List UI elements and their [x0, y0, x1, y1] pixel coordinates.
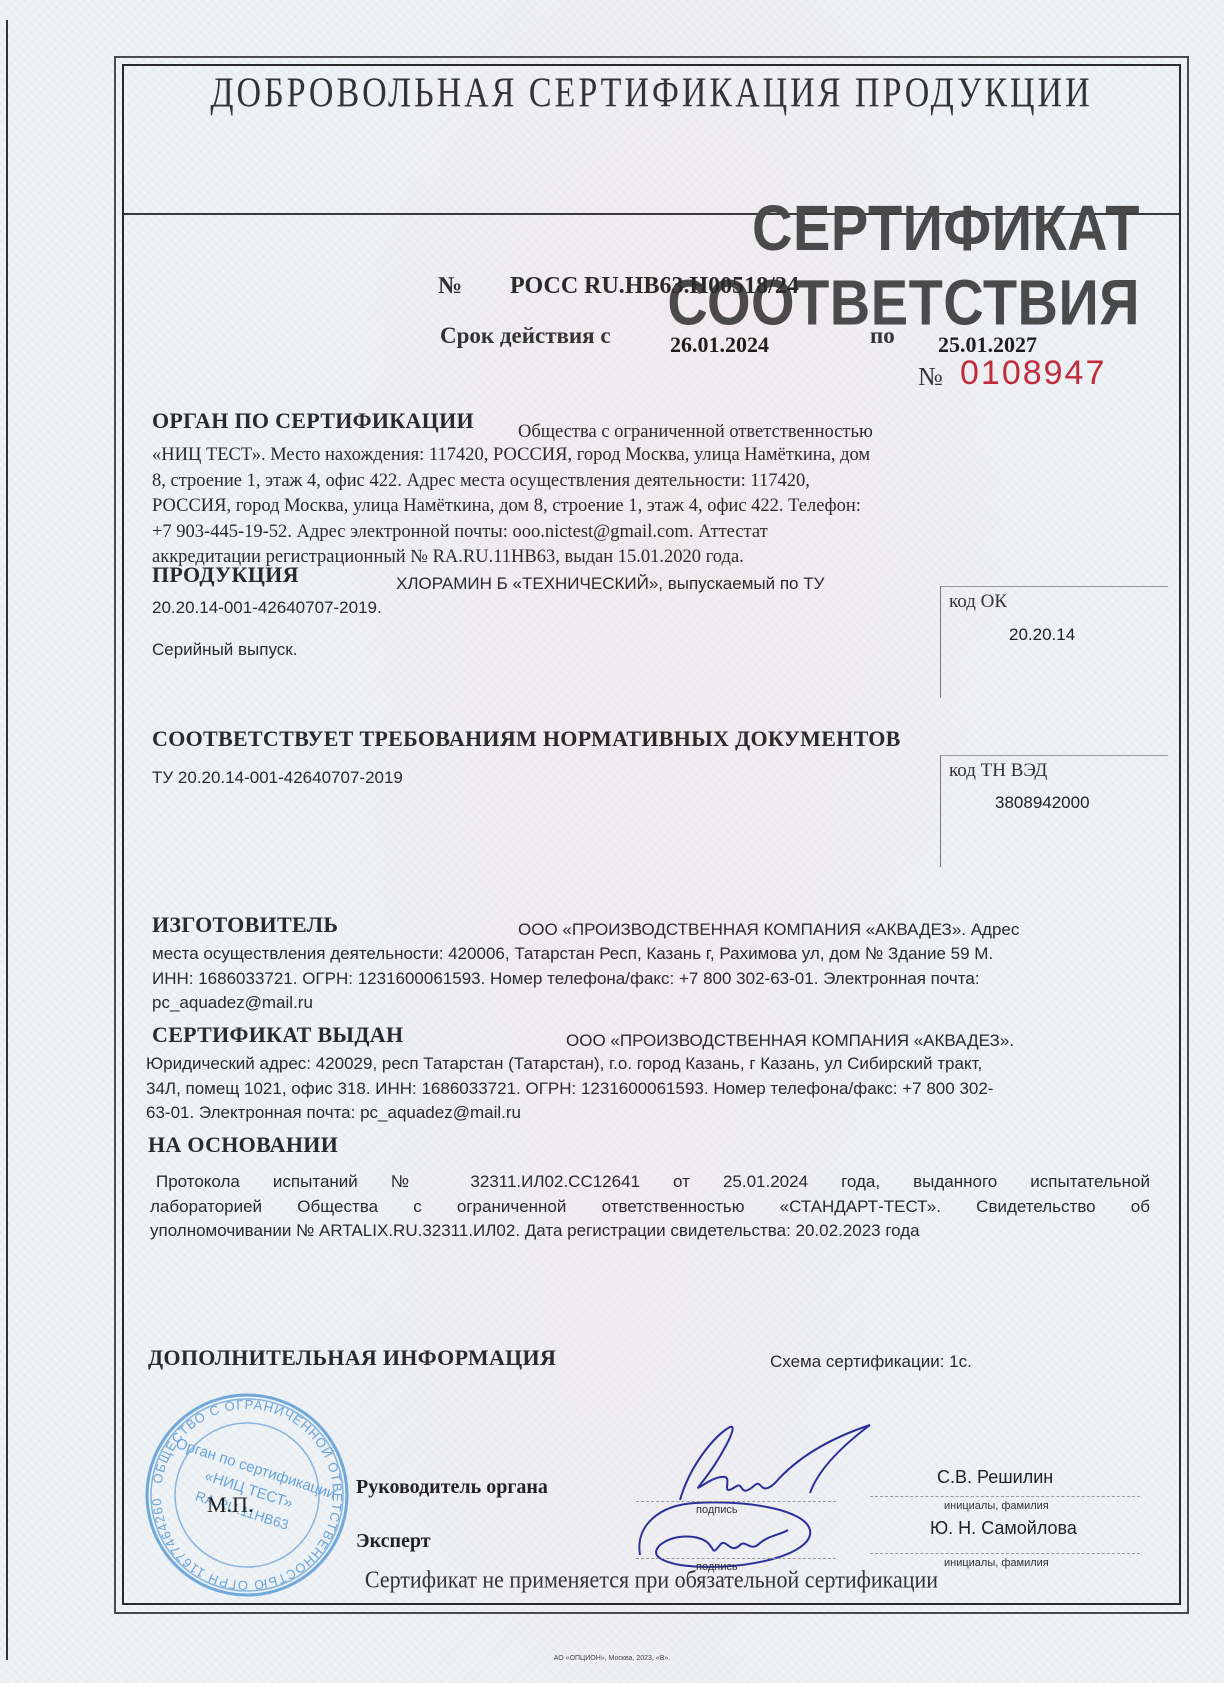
head-signature-line: [636, 1501, 836, 1503]
certificate-title: СЕРТИФИКАТ СООТВЕТСТВИЯ: [380, 190, 1140, 340]
certificate-number: РОСС RU.HB63.H00518/24: [510, 273, 799, 300]
top-heading: ДОБРОВОЛЬНАЯ СЕРТИФИКАЦИЯ ПРОДУКЦИИ: [122, 70, 1181, 118]
product-line1: ХЛОРАМИН Б «ТЕХНИЧЕСКИЙ», выпускаемый по…: [396, 572, 824, 597]
certification-body-line1: Общества с ограниченной ответственностью: [518, 420, 873, 446]
code-ok-box: код ОК 20.20.14: [940, 586, 1168, 698]
blank-number: 0108947: [960, 354, 1106, 393]
head-name-caption: инициалы, фамилия: [944, 1500, 1049, 1512]
scan-edge: [6, 20, 8, 1660]
head-name-line: [870, 1496, 1140, 1498]
text-line: уполномочивании № ARTALIX.RU.32311.ИЛ02.…: [150, 1219, 1150, 1244]
number-label: №: [438, 273, 462, 300]
issued-to-heading: СЕРТИФИКАТ ВЫДАН: [152, 1022, 403, 1048]
text-line: 8, строение 1, этаж 4, офис 422. Адрес м…: [152, 469, 952, 495]
certification-scheme: Схема сертификации: 1с.: [770, 1350, 972, 1375]
code-tnved-label: код ТН ВЭД: [949, 760, 1047, 782]
expert-name-line: [870, 1553, 1140, 1555]
footer-note: Сертификат не применяется при обязательн…: [122, 1566, 1181, 1595]
issued-to-line1: ООО «ПРОИЗВОДСТВЕННАЯ КОМПАНИЯ «АКВАДЕЗ»…: [566, 1029, 1014, 1054]
manufacturer-text: места осуществления деятельности: 420006…: [152, 942, 1162, 1016]
valid-from: 26.01.2024: [670, 332, 769, 358]
basis-text: Протокола испытаний № 32311.ИЛ02.СС12641…: [150, 1170, 1150, 1244]
signatures-handwritten: [620, 1405, 880, 1580]
additional-info-heading: ДОПОЛНИТЕЛЬНАЯ ИНФОРМАЦИЯ: [148, 1345, 556, 1371]
printer-imprint: АО «ОПЦИОН», Москва, 2023, «В».: [0, 1655, 1224, 1662]
text-line: 34Л, помещ 1021, офис 318. ИНН: 16860337…: [146, 1077, 1166, 1102]
text-line: места осуществления деятельности: 420006…: [152, 942, 1162, 967]
compliance-document: ТУ 20.20.14-001-42640707-2019: [152, 766, 403, 791]
text-line: лабораторией Общества с ограниченной отв…: [150, 1195, 1150, 1220]
valid-to-label: по: [870, 323, 895, 349]
expert-label: Эксперт: [356, 1530, 431, 1553]
text-line: +7 903-445-19-52. Адрес электронной почт…: [152, 520, 952, 546]
manufacturer-line1: ООО «ПРОИЗВОДСТВЕННАЯ КОМПАНИЯ «АКВАДЕЗ»…: [518, 918, 1019, 943]
product-heading: ПРОДУКЦИЯ: [152, 562, 299, 588]
code-tnved-value: 3808942000: [995, 793, 1090, 813]
expert-signature-line: [636, 1558, 836, 1560]
basis-heading: НА ОСНОВАНИИ: [148, 1132, 338, 1158]
text-line: Протокола испытаний № 32311.ИЛ02.СС12641…: [150, 1170, 1150, 1195]
text-line: Юридический адрес: 420029, респ Татарста…: [146, 1052, 1166, 1077]
validity-label: Срок действия с: [440, 323, 611, 349]
head-name: С.В. Решилин: [937, 1467, 1053, 1488]
text-line: 63-01. Электронная почта: pc_aquadez@mai…: [146, 1101, 1166, 1126]
text-line: «НИЦ ТЕСТ». Место нахождения: 117420, РО…: [152, 443, 952, 469]
seal-label: М.П.: [207, 1492, 253, 1518]
code-ok-value: 20.20.14: [1009, 625, 1075, 645]
issued-to-text: Юридический адрес: 420029, респ Татарста…: [146, 1052, 1166, 1126]
text-line: pc_aquadez@mail.ru: [152, 991, 1162, 1016]
text-line: ИНН: 1686033721. ОГРН: 1231600061593. Но…: [152, 967, 1162, 992]
certification-body-heading: ОРГАН ПО СЕРТИФИКАЦИИ: [152, 408, 474, 434]
head-label: Руководитель органа: [356, 1476, 548, 1499]
code-ok-label: код ОК: [949, 591, 1007, 613]
manufacturer-heading: ИЗГОТОВИТЕЛЬ: [152, 912, 338, 938]
certification-body-text: «НИЦ ТЕСТ». Место нахождения: 117420, РО…: [152, 443, 952, 571]
expert-name: Ю. Н. Самойлова: [930, 1518, 1077, 1539]
compliance-heading: СООТВЕТСТВУЕТ ТРЕБОВАНИЯМ НОРМАТИВНЫХ ДО…: [152, 726, 901, 752]
text-line: РОССИЯ, город Москва, улица Намёткина, д…: [152, 494, 952, 520]
blank-number-label: №: [918, 362, 943, 392]
product-line3: Серийный выпуск.: [152, 638, 297, 663]
head-signature-caption: подпись: [696, 1504, 738, 1516]
code-tnved-box: код ТН ВЭД 3808942000: [940, 755, 1168, 867]
product-line2: 20.20.14-001-42640707-2019.: [152, 596, 382, 621]
